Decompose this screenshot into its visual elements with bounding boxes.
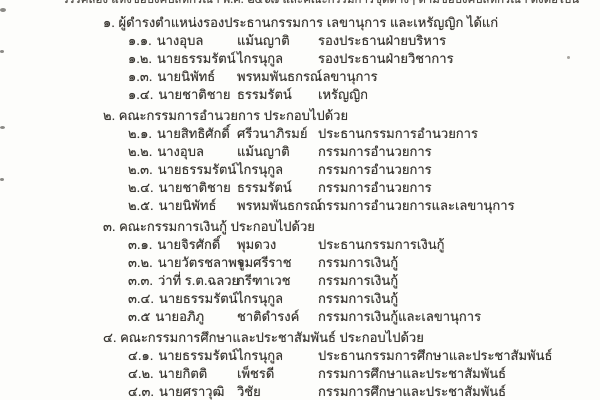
member-row: ๑.๑.นางอุบลแม้นญาติรองประธานฝ่ายบริหาร	[0, 32, 600, 50]
member-number-name-cell: ๑.๔.นายชาติชาย	[128, 86, 237, 104]
row-number: ๒.๓.	[128, 161, 153, 179]
member-surname: ไกรนุกูล	[237, 50, 318, 68]
member-first-name: นายนิพัทธ์	[157, 68, 215, 86]
member-position: ประธานกรรมการเงินกู้	[318, 236, 600, 254]
member-row: ๓.๑.นายจิรศักดิ์พุมดวงประธานกรรมการเงินก…	[0, 236, 600, 254]
member-first-name: นายธรรมรัตน์	[158, 161, 237, 179]
scan-noise-speck	[0, 8, 6, 12]
member-row: ๓.๕นายอภิภูชาติดำรงค์กรรมการเงินกู้และเล…	[0, 308, 600, 326]
member-first-name: นายธรรมรัตน์	[157, 50, 236, 68]
row-number: ๔.๒.	[128, 365, 154, 383]
committee-section: ๓. คณะกรรมการเงินกู้ ประกอบไปด้วย๓.๑.นาย…	[0, 218, 600, 326]
committee-section: ๑. ผู้ดำรงตำแหน่งรองประธานกรรมการ เลขานุ…	[0, 14, 600, 104]
row-number: ๒.๒.	[128, 143, 152, 161]
row-number: ๓.๒.	[128, 254, 153, 272]
member-number-name-cell: ๔.๓.นายศราวุฒิ	[128, 383, 237, 400]
member-row: ๒.๑.นายสิทธิศักดิ์ศรีวนาภิรมย์ประธานกรรม…	[0, 125, 600, 143]
member-position: กรรมการเงินกู้	[318, 290, 600, 308]
member-row: ๓.๓.ว่าที่ ร.ต.ฉลวยกรีฑาเวชกรรมการเงินกู…	[0, 272, 600, 290]
member-position: กรรมการเงินกู้	[318, 254, 600, 272]
member-position: กรรมการอำนวยการ	[318, 179, 600, 197]
row-number: ๔.๓.	[128, 383, 154, 400]
member-first-name: นายธรรมรัตน์	[159, 290, 238, 308]
member-position: ประธานกรรมการศึกษาและประชาสัมพันธ์	[318, 347, 600, 365]
member-first-name: นายนิพัทธ์	[159, 197, 217, 215]
section-heading: ๒. คณะกรรมการอำนวยการ ประกอบไปด้วย	[0, 107, 600, 125]
member-position: กรรมการเงินกู้	[318, 272, 600, 290]
member-position: กรรมการอำนวยการและเลขานุการ	[318, 197, 600, 215]
member-number-name-cell: ๒.๑.นายสิทธิศักดิ์	[128, 125, 237, 143]
member-surname: แม้นญาติ	[237, 143, 318, 161]
member-surname: พรหมพันธกรณ์	[237, 68, 318, 86]
member-surname: จูมศรีราช	[237, 254, 318, 272]
clipped-top-text-line: วรรคสอง แห่งข้อบังคับสหกรณ์ฯ พ.ศ. ๒๕๖๗ แ…	[62, 0, 579, 7]
committee-sections-container: ๑. ผู้ดำรงตำแหน่งรองประธานกรรมการ เลขานุ…	[0, 14, 600, 400]
member-first-name: ว่าที่ ร.ต.ฉลวย	[158, 272, 239, 290]
member-number-name-cell: ๓.๑.นายจิรศักดิ์	[128, 236, 237, 254]
scanned-document-page: วรรคสอง แห่งข้อบังคับสหกรณ์ฯ พ.ศ. ๒๕๖๗ แ…	[0, 0, 600, 400]
member-position: รองประธานฝ่ายบริหาร	[318, 32, 600, 50]
member-number-name-cell: ๓.๓.ว่าที่ ร.ต.ฉลวย	[128, 272, 237, 290]
scan-noise-speck	[0, 126, 5, 129]
scan-noise-speck	[0, 50, 4, 53]
section-heading: ๑. ผู้ดำรงตำแหน่งรองประธานกรรมการ เลขานุ…	[0, 14, 600, 32]
member-row: ๒.๔.นายชาติชายธรรมรัตน์กรรมการอำนวยการ	[0, 179, 600, 197]
member-surname: ธรรมรัตน์	[237, 179, 318, 197]
member-surname: ไกรนุกูล	[237, 347, 318, 365]
row-number: ๓.๓.	[128, 272, 153, 290]
member-row: ๔.๒.นายกิตติเพ็ชรดีกรรมการศึกษาและประชาส…	[0, 365, 600, 383]
member-number-name-cell: ๑.๒.นายธรรมรัตน์	[128, 50, 237, 68]
member-first-name: นางอุบล	[157, 32, 204, 50]
member-number-name-cell: ๒.๒.นางอุบล	[128, 143, 237, 161]
member-row: ๒.๕.นายนิพัทธ์พรหมพันธกรณ์กรรมการอำนวยกา…	[0, 197, 600, 215]
member-number-name-cell: ๓.๕นายอภิภู	[128, 308, 237, 326]
member-number-name-cell: ๓.๒.นายวัตรชลาพร	[128, 254, 237, 272]
member-position: กรรมการอำนวยการ	[318, 143, 600, 161]
member-number-name-cell: ๒.๓.นายธรรมรัตน์	[128, 161, 237, 179]
section-heading: ๓. คณะกรรมการเงินกู้ ประกอบไปด้วย	[0, 218, 600, 236]
row-number: ๓.๔.	[128, 290, 154, 308]
member-number-name-cell: ๔.๒.นายกิตติ	[128, 365, 237, 383]
member-surname: ธรรมรัตน์	[237, 86, 318, 104]
member-row: ๒.๓.นายธรรมรัตน์ไกรนุกูลกรรมการอำนวยการ	[0, 161, 600, 179]
member-row: ๓.๒.นายวัตรชลาพรจูมศรีราชกรรมการเงินกู้	[0, 254, 600, 272]
member-number-name-cell: ๓.๔.นายธรรมรัตน์	[128, 290, 237, 308]
row-number: ๑.๓.	[128, 68, 152, 86]
member-position: กรรมการศึกษาและประชาสัมพันธ์	[318, 383, 600, 400]
row-number: ๑.๒.	[128, 50, 152, 68]
member-row: ๑.๓.นายนิพัทธ์พรหมพันธกรณ์เลขานุการ	[0, 68, 600, 86]
member-row: ๔.๓.นายศราวุฒิวิชัยกรรมการศึกษาและประชาส…	[0, 383, 600, 400]
member-position: เหรัญญิก	[318, 86, 600, 104]
member-number-name-cell: ๑.๑.นางอุบล	[128, 32, 237, 50]
member-first-name: นายธรรมรัตน์	[158, 347, 237, 365]
member-position: กรรมการอำนวยการ	[318, 161, 600, 179]
member-position: กรรมการศึกษาและประชาสัมพันธ์	[318, 365, 600, 383]
member-surname: ไกรนุกูล	[237, 290, 318, 308]
member-number-name-cell: ๒.๕.นายนิพัทธ์	[128, 197, 237, 215]
member-first-name: นายสิทธิศักดิ์	[157, 125, 230, 143]
member-first-name: นายชาติชาย	[158, 86, 230, 104]
member-first-name: นายศราวุฒิ	[159, 383, 224, 400]
row-number: ๑.๔.	[128, 86, 153, 104]
member-number-name-cell: ๔.๑.นายธรรมรัตน์	[128, 347, 237, 365]
section-heading: ๔. คณะกรรมการศึกษาและประชาสัมพันธ์ ประกอ…	[0, 329, 600, 347]
member-row: ๓.๔.นายธรรมรัตน์ไกรนุกูลกรรมการเงินกู้	[0, 290, 600, 308]
member-first-name: นายจิรศักดิ์	[157, 236, 220, 254]
member-row: ๒.๒.นางอุบลแม้นญาติกรรมการอำนวยการ	[0, 143, 600, 161]
member-surname: แม้นญาติ	[237, 32, 318, 50]
member-number-name-cell: ๒.๔.นายชาติชาย	[128, 179, 237, 197]
row-number: ๒.๑.	[128, 125, 152, 143]
member-surname: กรีฑาเวช	[237, 272, 318, 290]
member-position: กรรมการเงินกู้และเลขานุการ	[318, 308, 600, 326]
member-first-name: นายวัตรชลาพร	[158, 254, 244, 272]
row-number: ๑.๑.	[128, 32, 152, 50]
row-number: ๓.๕	[128, 308, 150, 326]
member-position: รองประธานฝ่ายวิชาการ	[318, 50, 600, 68]
row-number: ๒.๕.	[128, 197, 154, 215]
scan-noise-speck	[567, 56, 570, 59]
row-number: ๓.๑.	[128, 236, 152, 254]
row-number: ๒.๔.	[128, 179, 154, 197]
member-surname: ชาติดำรงค์	[237, 308, 318, 326]
member-surname: เพ็ชรดี	[237, 365, 318, 383]
member-surname: ศรีวนาภิรมย์	[237, 125, 318, 143]
member-position: เลขานุการ	[318, 68, 600, 86]
committee-section: ๒. คณะกรรมการอำนวยการ ประกอบไปด้วย๒.๑.นา…	[0, 107, 600, 215]
member-surname: พรหมพันธกรณ์	[237, 197, 318, 215]
row-number: ๔.๑.	[128, 347, 153, 365]
member-first-name: นางอุบล	[157, 143, 204, 161]
member-surname: พุมดวง	[237, 236, 318, 254]
member-row: ๑.๔.นายชาติชายธรรมรัตน์เหรัญญิก	[0, 86, 600, 104]
member-surname: วิชัย	[237, 383, 318, 400]
member-row: ๑.๒.นายธรรมรัตน์ไกรนุกูลรองประธานฝ่ายวิช…	[0, 50, 600, 68]
member-first-name: นายชาติชาย	[159, 179, 231, 197]
member-position: ประธานกรรมการอำนวยการ	[318, 125, 600, 143]
committee-section: ๔. คณะกรรมการศึกษาและประชาสัมพันธ์ ประกอ…	[0, 329, 600, 400]
member-surname: ไกรนุกูล	[237, 161, 318, 179]
member-row: ๔.๑.นายธรรมรัตน์ไกรนุกูลประธานกรรมการศึก…	[0, 347, 600, 365]
member-first-name: นายกิตติ	[159, 365, 208, 383]
member-first-name: นายอภิภู	[155, 308, 204, 326]
member-number-name-cell: ๑.๓.นายนิพัทธ์	[128, 68, 237, 86]
scan-noise-speck	[0, 178, 4, 181]
